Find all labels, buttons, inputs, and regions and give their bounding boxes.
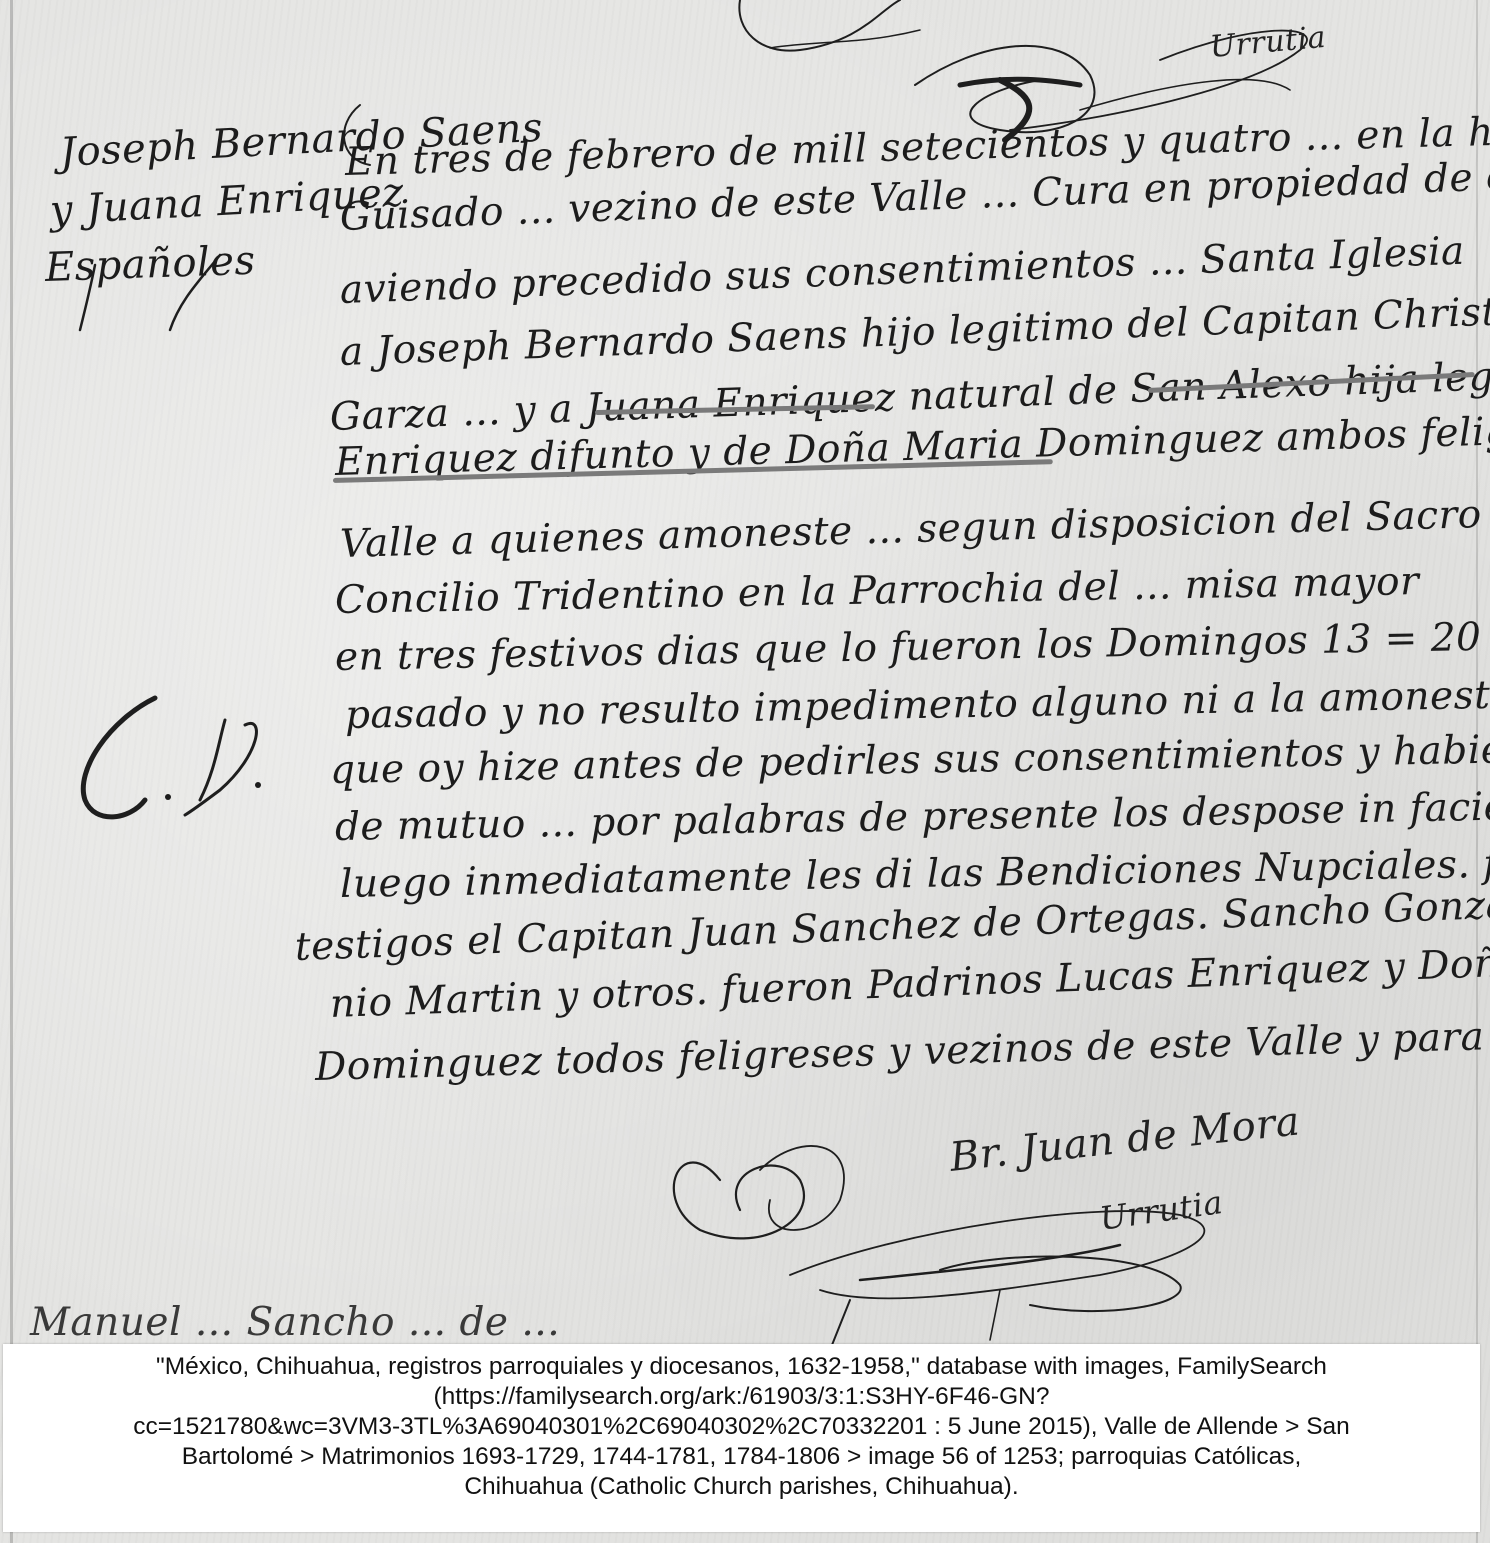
citation-caption: "México, Chihuahua, registros parroquial… [3, 1344, 1480, 1532]
page-edge-left [10, 0, 13, 1543]
body-line-12: de mutuo ... por palabras de presente lo… [335, 780, 1490, 850]
body-line-8: Concilio Tridentino en la Parrochia del … [335, 559, 1420, 623]
margin-entry-line-3: Españoles [44, 238, 256, 291]
signature-line-2: Urrutia [1097, 1183, 1225, 1238]
caption-line-2: (https://familysearch.org/ark:/61903/3:1… [3, 1382, 1480, 1412]
margin-mark-cv: C. V. [80, 700, 328, 828]
caption-line-5: Chihuahua (Catholic Church parishes, Chi… [3, 1472, 1480, 1502]
signature-line-1: Br. Juan de Mora [948, 1098, 1303, 1181]
body-line-10: pasado y no resulto impedimento alguno n… [345, 671, 1490, 738]
caption-line-4: Bartolomé > Matrimonios 1693-1729, 1744-… [3, 1442, 1480, 1472]
manuscript-page-scan: Urrutia Joseph Bernardo Saens y Juana En… [0, 0, 1490, 1543]
next-entry-fragment: Manuel ... Sancho ... de ... [30, 1300, 560, 1345]
body-line-7: Valle a quienes amoneste ... segun dispo… [339, 492, 1482, 567]
caption-line-3: cc=1521780&wc=3VM3-3TL%3A69040301%2C6904… [3, 1412, 1480, 1442]
top-signature-fragment: Urrutia [1208, 20, 1327, 65]
caption-line-1: "México, Chihuahua, registros parroquial… [3, 1352, 1480, 1382]
